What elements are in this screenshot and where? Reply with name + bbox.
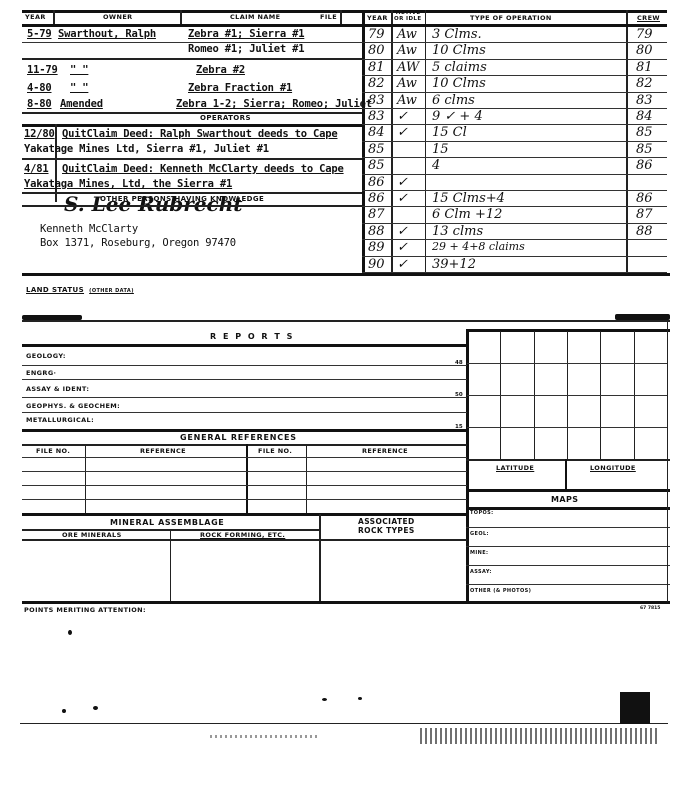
signature: S. Lee Rubrecht — [64, 192, 243, 216]
report-geophys: GEOPHYS. & GEOCHEM: — [26, 402, 120, 410]
divider — [667, 320, 668, 602]
header-year: YEAR — [25, 13, 46, 21]
divider — [180, 10, 182, 24]
ownership-owner: Swarthout, Ralph — [58, 28, 156, 40]
maps-assay: ASSAY: — [470, 569, 492, 575]
report-geology: GEOLOGY: — [26, 352, 66, 360]
divider — [22, 124, 362, 127]
divider — [22, 485, 467, 486]
activity-operation: 10 Clms — [432, 76, 486, 91]
divider — [362, 157, 667, 158]
operator-date: 12/80 — [24, 128, 55, 140]
divider — [466, 507, 670, 510]
activity-year: 81 — [368, 60, 385, 75]
divider — [22, 158, 362, 160]
divider — [466, 527, 670, 528]
header-file: FILE — [320, 13, 337, 21]
activity-year: 86 — [368, 175, 385, 190]
activity-year: 85 — [368, 158, 385, 173]
activity-status: AW — [397, 60, 419, 75]
activity-status: ✓ — [397, 240, 408, 255]
maps-topos: TOPOS: — [470, 510, 494, 516]
activity-crew: 85 — [636, 125, 653, 140]
divider — [85, 444, 86, 514]
ownership-year: 8-80 — [27, 98, 52, 110]
activity-operation: 9 ✓ + 4 — [432, 109, 483, 124]
activity-status: ✓ — [397, 224, 408, 239]
activity-year: 84 — [368, 125, 385, 140]
divider — [55, 124, 57, 202]
divider — [466, 330, 469, 602]
activity-operation: 15 Clms+4 — [432, 191, 505, 206]
activity-operation: 15 — [432, 142, 449, 157]
ownership-year: 11-79 — [27, 64, 58, 76]
ownership-year: 5-79 — [27, 28, 52, 40]
grid-line — [467, 427, 667, 428]
ownership-owner: " " — [70, 82, 88, 94]
activity-operation: 10 Clms — [432, 43, 486, 58]
divider — [466, 565, 670, 566]
activity-operation: 5 claims — [432, 60, 487, 75]
header-file-no: FILE NO. — [258, 447, 292, 455]
divider — [362, 206, 667, 207]
scan-artifact — [620, 692, 650, 724]
activity-year: 87 — [368, 207, 385, 222]
ownership-claim-name: Romeo #1; Juliet #1 — [188, 43, 304, 55]
operator-deed-line1: QuitClaim Deed: Ralph Swarthout deeds to… — [62, 128, 337, 140]
divider — [22, 457, 467, 458]
activity-year: 80 — [368, 43, 385, 58]
ownership-claim-name: Zebra #1; Sierra #1 — [188, 28, 304, 40]
divider — [22, 365, 467, 366]
maps-title: MAPS — [551, 495, 578, 504]
maps-other: OTHER (& PHOTOS) — [470, 588, 531, 594]
activity-status: ✓ — [397, 125, 408, 140]
land-status-subtitle: (OTHER DATA) — [89, 288, 134, 294]
report-engineering: ENGRG· — [26, 369, 56, 377]
mineral-assemblage-title: MINERAL ASSEMBLAGE — [110, 518, 224, 527]
scan-artifact — [210, 735, 320, 738]
divider — [466, 329, 670, 332]
ownership-owner: Amended — [60, 98, 103, 110]
scan-line — [20, 723, 668, 724]
maps-geol: GEOL: — [470, 531, 489, 537]
divider — [22, 344, 467, 347]
header-reference: REFERENCE — [362, 447, 408, 455]
form-number: 67 7815 — [640, 606, 660, 611]
activity-crew: 88 — [636, 224, 653, 239]
report-assay: ASSAY & IDENT: — [26, 385, 89, 393]
activity-crew: 79 — [636, 27, 653, 42]
activity-crew: 83 — [636, 93, 653, 108]
activity-year: 82 — [368, 76, 385, 91]
land-status-title: LAND STATUS — [26, 286, 84, 294]
divider — [22, 24, 362, 27]
operator-date: 4/81 — [24, 163, 49, 175]
divider — [362, 141, 667, 142]
ownership-claim-name: Zebra #2 — [196, 64, 245, 76]
header-ore-minerals: ORE MINERALS — [62, 531, 122, 539]
divider — [22, 397, 467, 398]
divider — [22, 513, 467, 516]
divider — [466, 459, 670, 461]
grid-line — [467, 363, 667, 364]
points-meriting-attention-title: POINTS MERITING ATTENTION: — [24, 606, 146, 614]
activity-status: Aw — [397, 27, 417, 42]
header-reference: REFERENCE — [140, 447, 186, 455]
grid-line — [467, 395, 667, 396]
activity-status: ✓ — [397, 175, 408, 190]
latitude-label: LATITUDE — [496, 464, 534, 472]
associated-rock-types-line2: ROCK TYPES — [358, 526, 415, 535]
header-year: YEAR — [367, 14, 388, 22]
activity-year: 86 — [368, 191, 385, 206]
scan-artifact — [420, 728, 660, 744]
divider — [22, 539, 467, 541]
header-type-of-operation: TYPE OF OPERATION — [470, 14, 552, 22]
divider — [466, 584, 670, 585]
associated-rock-types-line1: ASSOCIATED — [358, 517, 415, 526]
activity-operation: 6 Clm +12 — [432, 207, 502, 222]
header-or-idle: OR IDLE — [394, 16, 422, 22]
divider — [425, 10, 426, 274]
header-rock-forming: ROCK FORMING, ETC. — [200, 531, 285, 539]
activity-status: Aw — [397, 93, 417, 108]
operator-deed-line2: Yakatage Mines Ltd, Sierra #1, Juliet #1 — [24, 143, 269, 155]
divider — [466, 489, 670, 492]
divider — [22, 112, 362, 114]
divider — [306, 444, 307, 514]
contact-address: Box 1371, Roseburg, Oregon 97470 — [40, 237, 236, 249]
activity-crew: 87 — [636, 207, 653, 222]
divider — [22, 429, 467, 432]
divider — [22, 320, 670, 322]
activity-crew: 86 — [636, 158, 653, 173]
divider — [22, 444, 467, 446]
header-claim-name: CLAIM NAME — [230, 13, 280, 21]
activity-year: 85 — [368, 142, 385, 157]
divider — [22, 601, 670, 604]
divider — [22, 412, 467, 413]
divider — [391, 10, 393, 274]
divider — [22, 58, 362, 60]
activity-crew: 84 — [636, 109, 653, 124]
activity-status: ✓ — [397, 109, 408, 124]
contact-name: Kenneth McClarty — [40, 223, 138, 235]
activity-year: 90 — [368, 257, 385, 272]
activity-status: ✓ — [397, 191, 408, 206]
general-references-title: GENERAL REFERENCES — [180, 433, 297, 442]
activity-year: 88 — [368, 224, 385, 239]
divider — [626, 10, 628, 274]
divider — [340, 10, 342, 24]
activity-status: ✓ — [397, 257, 408, 272]
ownership-claim-name: Zebra Fraction #1 — [188, 82, 292, 94]
divider — [22, 205, 362, 207]
activity-year: 83 — [368, 109, 385, 124]
divider — [22, 379, 467, 380]
header-crew: CREW — [637, 14, 660, 22]
operator-deed-line2: Yakataga Mines, Ltd, the Sierra #1 — [24, 178, 232, 190]
divider — [22, 471, 467, 472]
divider — [53, 10, 55, 24]
operator-deed-line1: QuitClaim Deed: Kenneth McClarty deeds t… — [62, 163, 344, 175]
activity-operation: 3 Clms. — [432, 27, 482, 42]
header-owner: OWNER — [103, 13, 133, 21]
activity-crew: 81 — [636, 60, 653, 75]
divider — [246, 444, 248, 514]
activity-status: Aw — [397, 43, 417, 58]
activity-operation: 6 clms — [432, 93, 475, 108]
divider — [466, 546, 670, 547]
activity-crew: 80 — [636, 43, 653, 58]
report-metallurgical: METALLURGICAL: — [26, 416, 94, 424]
activity-operation: 4 — [432, 158, 440, 173]
land-status-label: LAND STATUS (OTHER DATA) — [26, 277, 134, 296]
divider — [362, 10, 365, 274]
activity-crew: 86 — [636, 191, 653, 206]
ownership-year: 4-80 — [27, 82, 52, 94]
longitude-label: LONGITUDE — [590, 464, 636, 472]
divider — [319, 514, 321, 602]
header-file-no: FILE NO. — [36, 447, 70, 455]
divider — [22, 10, 362, 13]
divider — [22, 273, 670, 276]
divider — [565, 459, 567, 489]
reports-title: R E P O R T S — [210, 332, 294, 341]
activity-crew: 85 — [636, 142, 653, 157]
activity-operation: 13 clms — [432, 224, 483, 239]
activity-year: 89 — [368, 240, 385, 255]
ownership-claim-name: Zebra 1-2; Sierra; Romeo; Juliet — [176, 98, 372, 110]
activity-operation: 15 Cl — [432, 125, 467, 140]
activity-operation: 39+12 — [432, 257, 476, 272]
activity-operation: 29 + 4+8 claims — [432, 240, 525, 253]
divider — [22, 499, 467, 500]
activity-status: Aw — [397, 76, 417, 91]
ownership-owner: " " — [70, 64, 88, 76]
activity-year: 79 — [368, 27, 385, 42]
operators-title: OPERATORS — [200, 114, 251, 122]
maps-mine: MINE: — [470, 550, 488, 556]
activity-year: 83 — [368, 93, 385, 108]
activity-crew: 82 — [636, 76, 653, 91]
